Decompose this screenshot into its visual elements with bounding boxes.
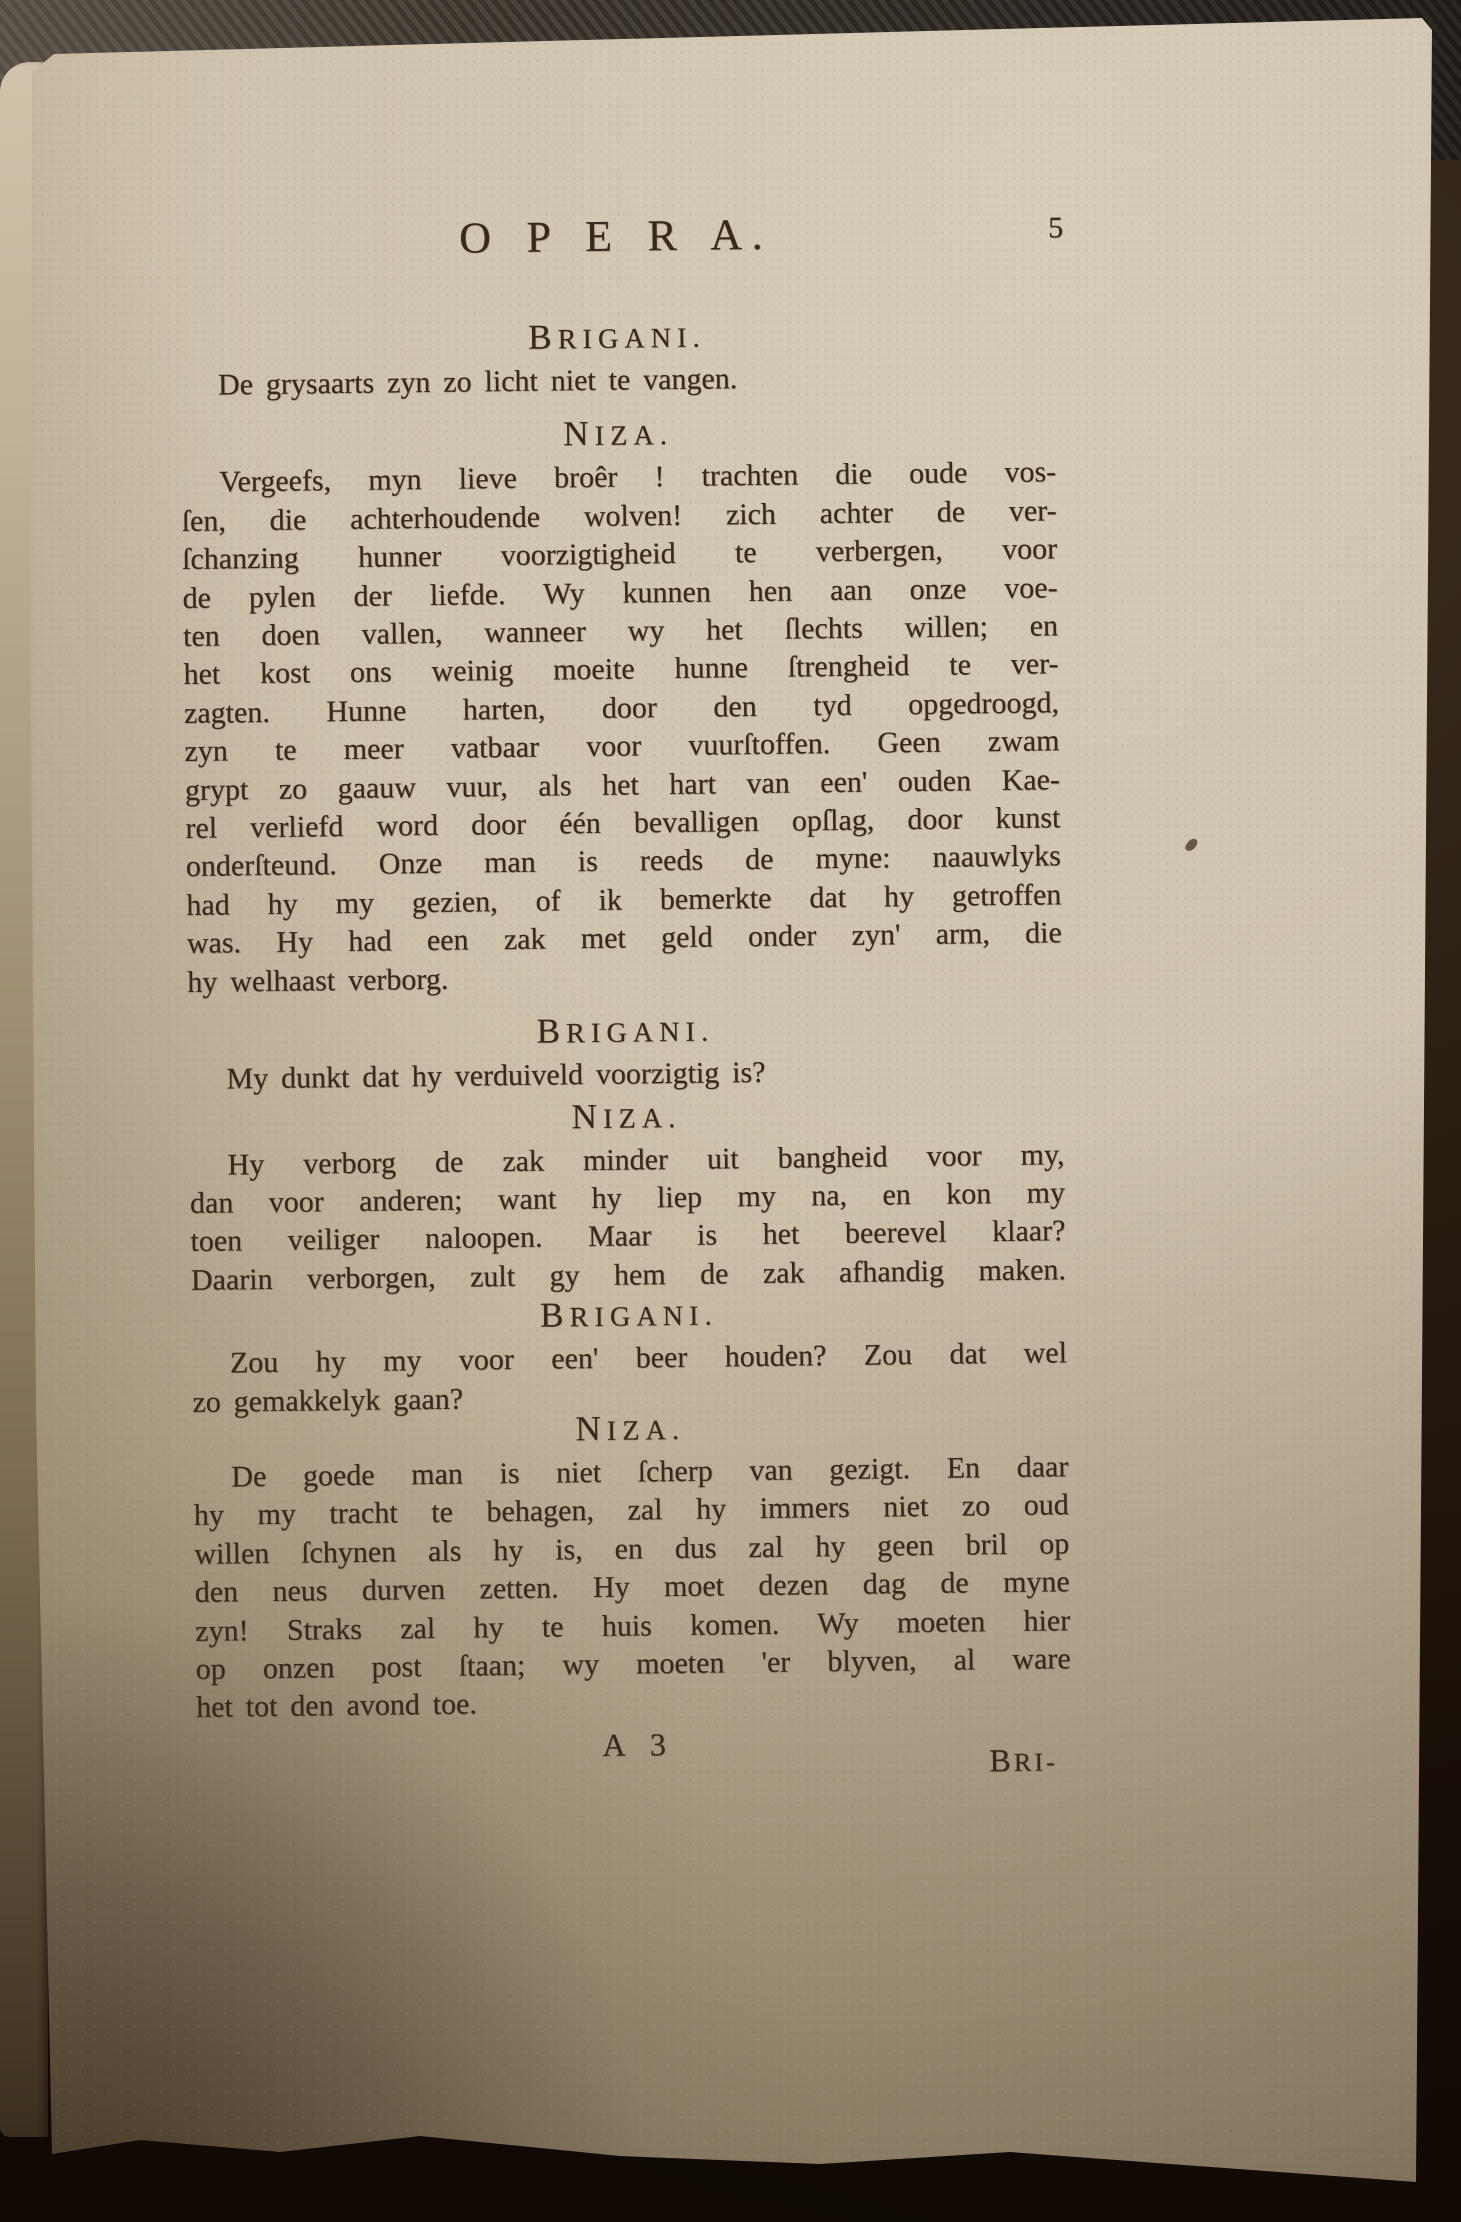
book-page: O P E R A. 5 BRIGANI. De grysaarts zyn z… bbox=[20, 12, 1442, 2194]
page-number: 5 bbox=[1048, 211, 1063, 245]
page-footer: A 3 BRI- bbox=[196, 1719, 1072, 1810]
speech-block: NIZA. Hy verborg de zak minder uit bangh… bbox=[189, 1091, 1066, 1300]
speech-block: BRIGANI. De grysaarts zyn zo licht niet … bbox=[179, 311, 1055, 405]
speech-block: BRIGANI. Zou hy my voor een' beer houden… bbox=[191, 1289, 1067, 1421]
book-photo: O P E R A. 5 BRIGANI. De grysaarts zyn z… bbox=[0, 0, 1461, 2222]
speech-block: BRIGANI. My dunkt dat hy verduiveld voor… bbox=[188, 1005, 1064, 1099]
dialogue-line: De grysaarts zyn zo licht niet te vangen… bbox=[180, 356, 1055, 405]
running-header: O P E R A. 5 bbox=[178, 207, 1054, 266]
header-title: O P E R A. bbox=[178, 207, 1054, 266]
speech-block: NIZA. Vergeefs, myn lieve broêr ! tracht… bbox=[180, 409, 1062, 1002]
page-content: O P E R A. 5 BRIGANI. De grysaarts zyn z… bbox=[178, 207, 1072, 1809]
speech-block: NIZA. De goede man is niet ſcherp van ge… bbox=[193, 1403, 1072, 1728]
catchword: BRI- bbox=[989, 1741, 1058, 1779]
ink-fleck bbox=[1184, 837, 1199, 854]
signature-mark: A 3 bbox=[196, 1719, 1071, 1770]
